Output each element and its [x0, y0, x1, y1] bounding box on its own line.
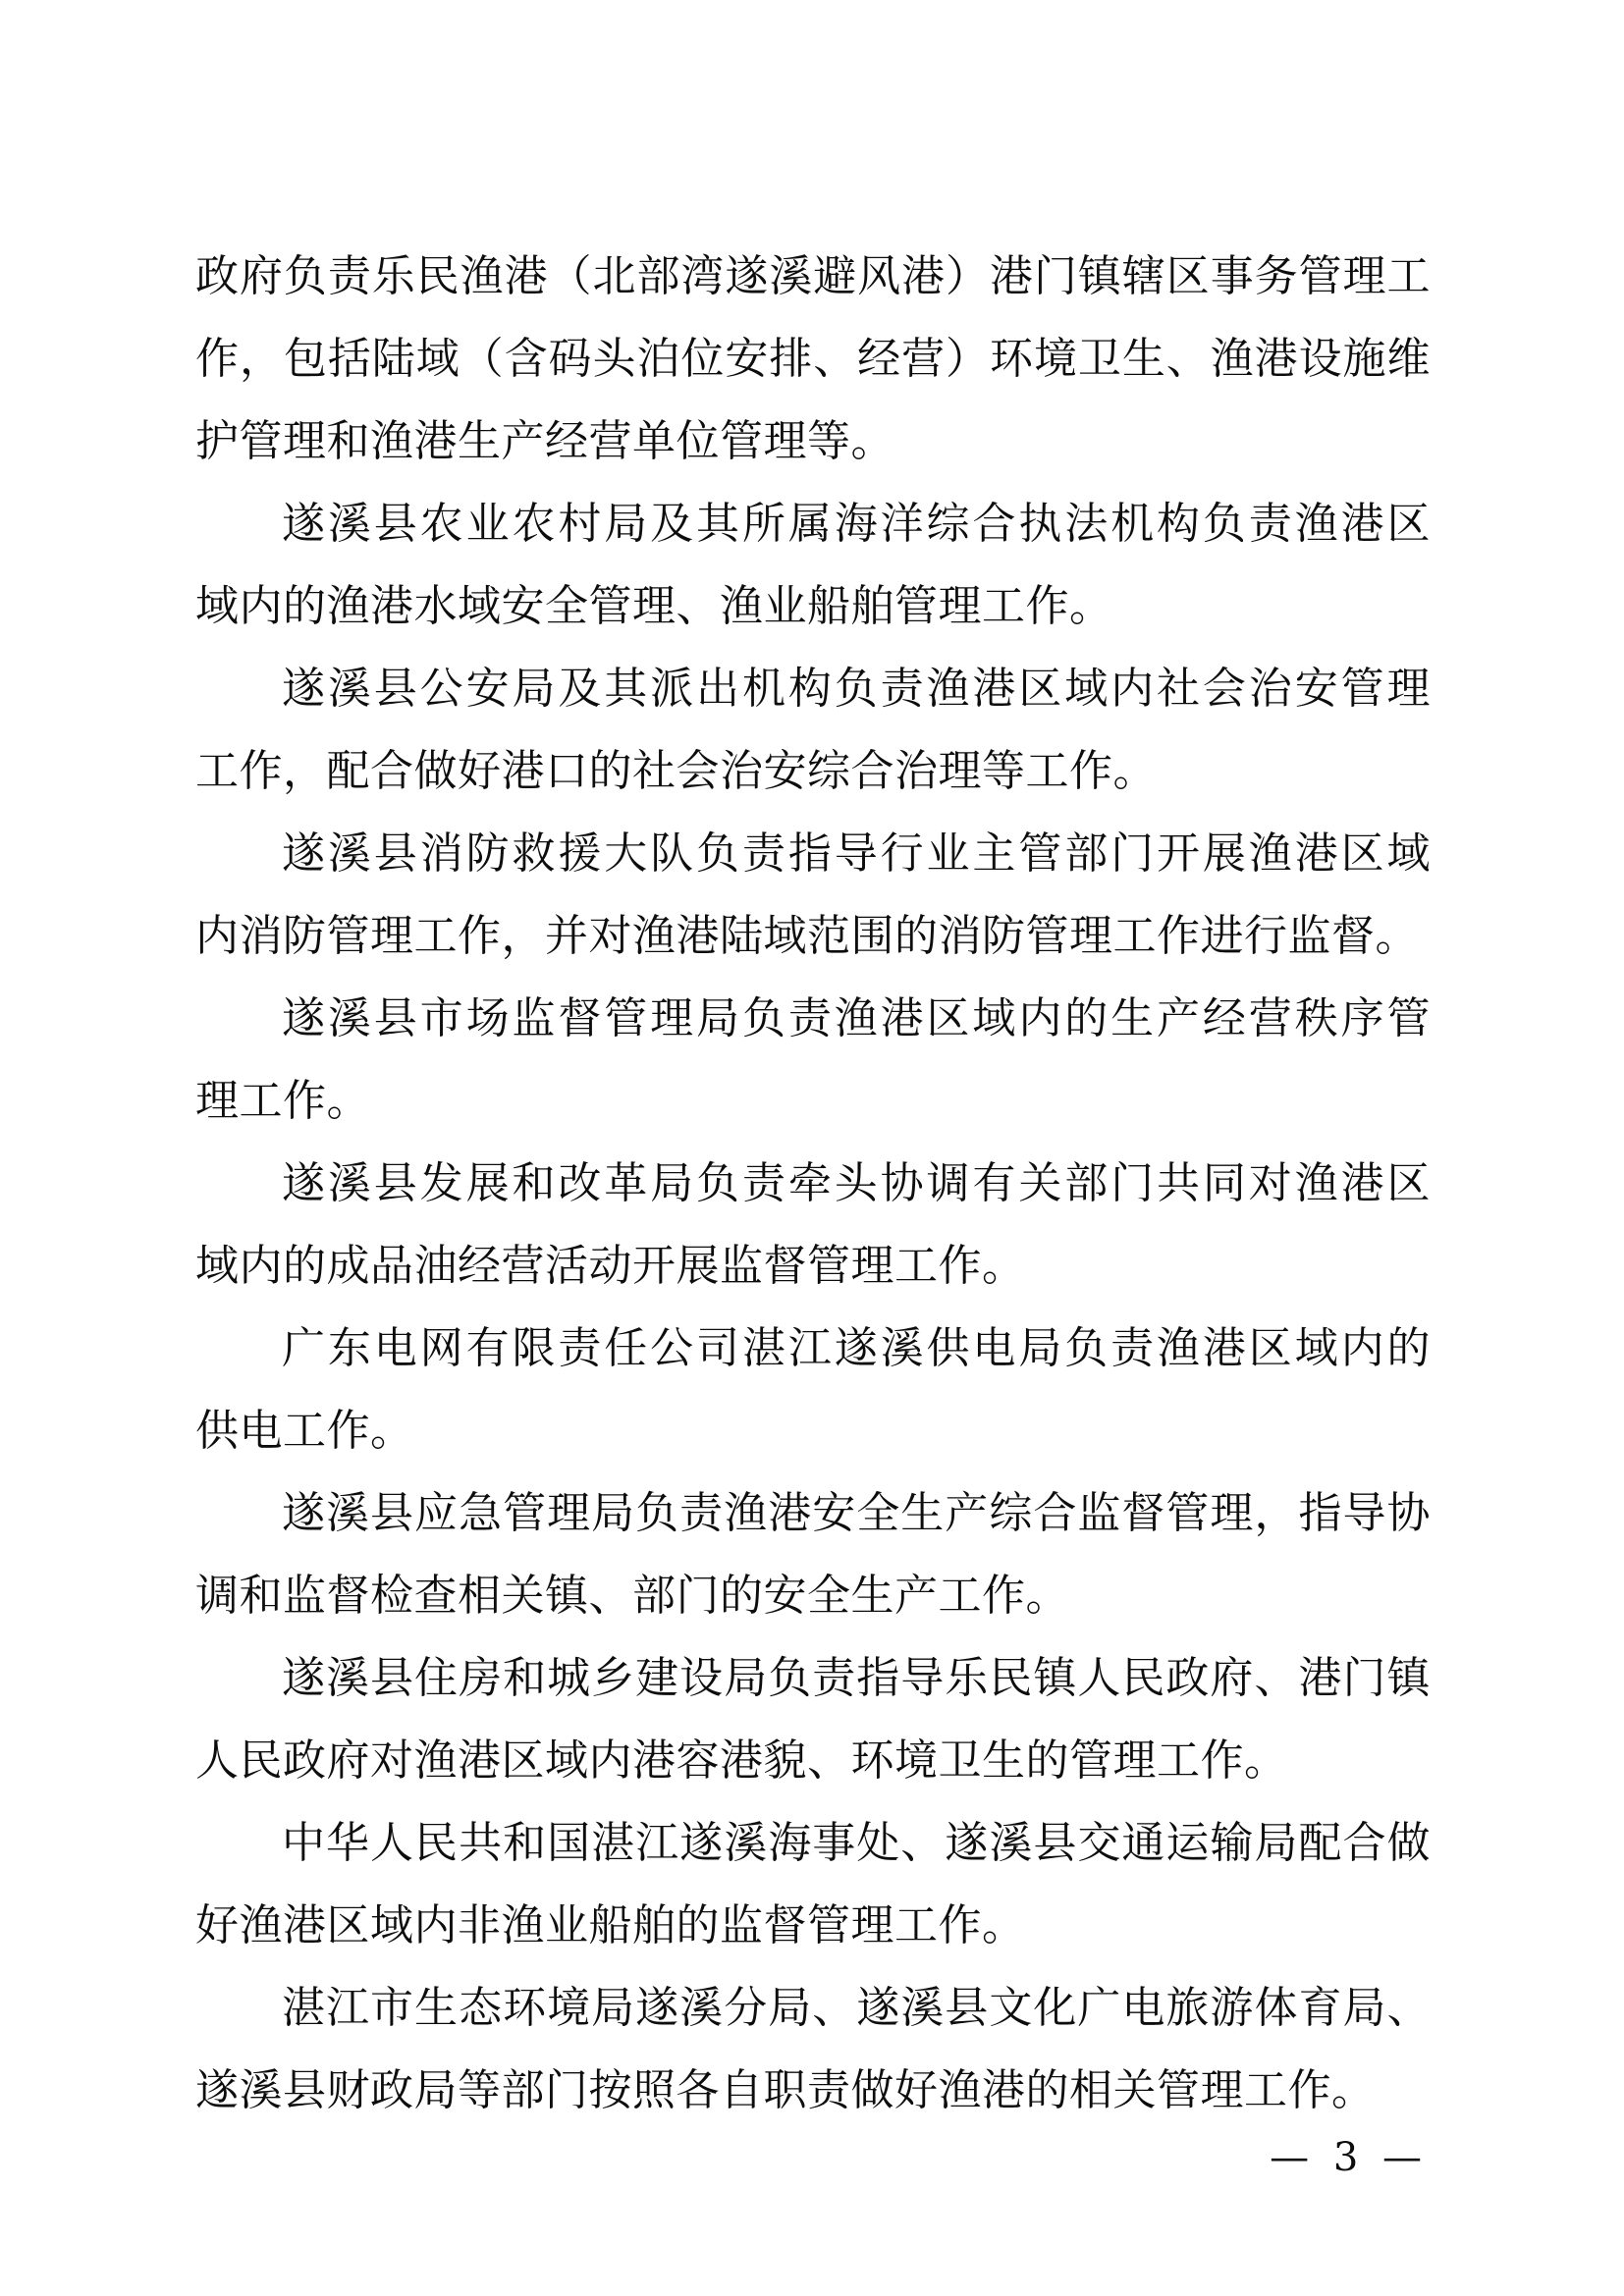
text-line: 遂溪县财政局等部门按照各自职责做好渔港的相关管理工作。 [195, 2050, 1431, 2132]
text-line: 域内的成品油经营活动开展监督管理工作。 [195, 1225, 1431, 1308]
text-line: 遂溪县住房和城乡建设局负责指导乐民镇人民政府、港门镇 [195, 1637, 1431, 1720]
text-line: 湛江市生态环境局遂溪分局、遂溪县文化广电旅游体育局、 [195, 1967, 1431, 2050]
text-line: 人民政府对渔港区域内港容港貌、环境卫生的管理工作。 [195, 1720, 1431, 1802]
text-line: 遂溪县公安局及其派出机构负责渔港区域内社会治安管理 [195, 648, 1431, 730]
text-line: 调和监督检查相关镇、部门的安全生产工作。 [195, 1555, 1431, 1637]
text-line: 遂溪县应急管理局负责渔港安全生产综合监督管理，指导协 [195, 1472, 1431, 1555]
text-line: 理工作。 [195, 1060, 1431, 1143]
text-line: 好渔港区域内非渔业船舶的监督管理工作。 [195, 1885, 1431, 1967]
text-line: 护管理和渔港生产经营单位管理等。 [195, 400, 1431, 483]
text-line: 内消防管理工作，并对渔港陆域范围的消防管理工作进行监督。 [195, 895, 1431, 978]
text-line: 遂溪县市场监督管理局负责渔港区域内的生产经营秩序管 [195, 978, 1431, 1060]
document-page: 政府负责乐民渔港（北部湾遂溪避风港）港门镇辖区事务管理工作，包括陆域（含码头泊位… [0, 0, 1624, 2296]
text-line: 工作，配合做好港口的社会治安综合治理等工作。 [195, 730, 1431, 813]
text-line: 域内的渔港水域安全管理、渔业船舶管理工作。 [195, 565, 1431, 648]
text-line: 遂溪县发展和改革局负责牵头协调有关部门共同对渔港区 [195, 1143, 1431, 1225]
text-line: 供电工作。 [195, 1390, 1431, 1472]
text-line: 遂溪县农业农村局及其所属海洋综合执法机构负责渔港区 [195, 483, 1431, 565]
text-line: 作，包括陆域（含码头泊位安排、经营）环境卫生、渔港设施维 [195, 318, 1431, 400]
text-line: 中华人民共和国湛江遂溪海事处、遂溪县交通运输局配合做 [195, 1802, 1431, 1885]
text-line: 政府负责乐民渔港（北部湾遂溪避风港）港门镇辖区事务管理工 [195, 236, 1431, 318]
page-number: — 3 — [1270, 2134, 1428, 2181]
document-body: 政府负责乐民渔港（北部湾遂溪避风港）港门镇辖区事务管理工作，包括陆域（含码头泊位… [195, 236, 1431, 2132]
text-line: 遂溪县消防救援大队负责指导行业主管部门开展渔港区域 [195, 813, 1431, 895]
text-line: 广东电网有限责任公司湛江遂溪供电局负责渔港区域内的 [195, 1308, 1431, 1390]
